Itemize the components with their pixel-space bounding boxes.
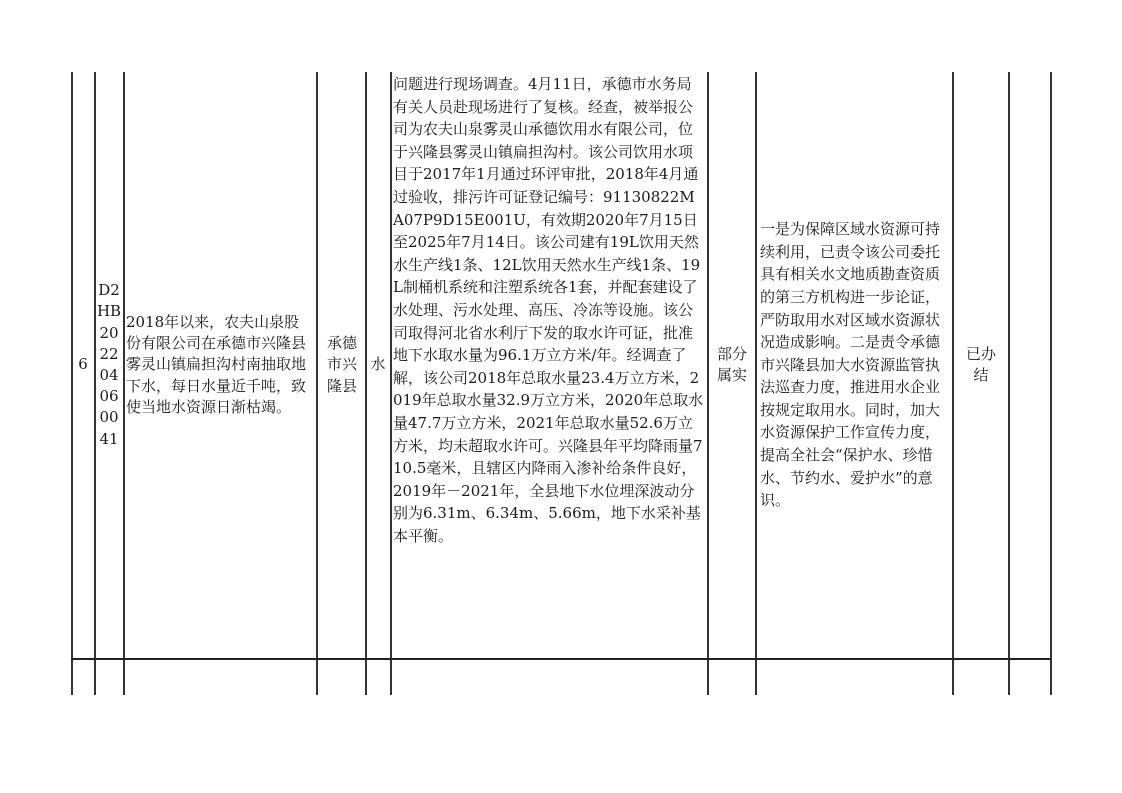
investigation-text: 问题进行现场调查。4月11日，承德市水务局有关人员赴现场进行了复核。经查，被举报… — [393, 73, 705, 547]
complaint-text: 2018年以来，农夫山泉股份有限公司在承德市兴隆县雾灵山镇扁担沟村南抽取地下水，… — [126, 312, 314, 418]
case-code-cell: D2 HB 20 22 04 06 00 41 — [95, 72, 123, 658]
table-border — [390, 72, 392, 695]
table-border — [123, 72, 125, 695]
case-code-line: D2 — [97, 280, 121, 301]
measures-text: 一是为保障区域水资源可持续利用，已责令该公司委托具有相关水文地质勘查资质的第三方… — [760, 218, 948, 512]
case-code-line: 00 — [97, 407, 121, 428]
case-code-line: HB — [97, 301, 121, 322]
case-code-line: 04 — [97, 365, 121, 386]
row-index: 6 — [78, 354, 88, 375]
table-border — [316, 72, 318, 695]
status-cell: 已办结 — [960, 72, 1002, 658]
case-code-line: 06 — [97, 386, 121, 407]
investigation-cell: 问题进行现场调查。4月11日，承德市水务局有关人员赴现场进行了复核。经查，被举报… — [393, 72, 705, 658]
table-border — [707, 72, 709, 695]
category-cell: 水 — [367, 72, 389, 658]
table-border — [755, 72, 757, 695]
verdict-text: 部分属实 — [711, 344, 753, 386]
category-text: 水 — [370, 354, 385, 375]
location-cell: 承德市兴隆县 — [322, 72, 362, 658]
row-separator — [71, 658, 1051, 660]
complaint-cell: 2018年以来，农夫山泉股份有限公司在承德市兴隆县雾灵山镇扁担沟村南抽取地下水，… — [126, 72, 314, 658]
remarks-cell — [1010, 72, 1050, 658]
table-border — [952, 72, 954, 695]
document-page: 6 D2 HB 20 22 04 06 00 41 2018年以来，农夫山泉股份… — [0, 0, 1122, 793]
status-text: 已办结 — [960, 344, 1002, 386]
location-text: 承德市兴隆县 — [322, 333, 362, 397]
measures-cell: 一是为保障区域水资源可持续利用，已责令该公司委托具有相关水文地质勘查资质的第三方… — [760, 72, 948, 658]
case-code-line: 22 — [97, 344, 121, 365]
row-index-cell: 6 — [72, 72, 94, 658]
case-code-line: 20 — [97, 323, 121, 344]
case-code: D2 HB 20 22 04 06 00 41 — [97, 280, 121, 450]
table-border — [1050, 72, 1052, 695]
case-code-line: 41 — [97, 429, 121, 450]
verdict-cell: 部分属实 — [711, 72, 753, 658]
